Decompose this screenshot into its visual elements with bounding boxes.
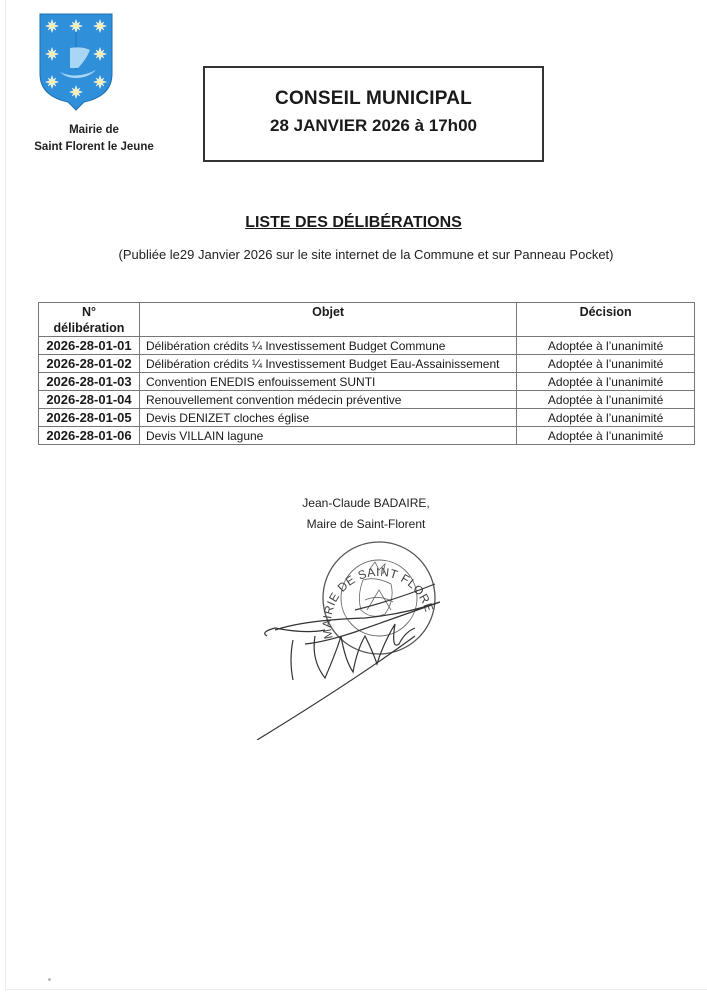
deliberation-subject: Délibération crédits ¼ Investissement Bu… [139,337,516,355]
deliberation-number: 2026-28-01-02 [39,355,140,373]
table-row: 2026-28-01-03 Convention ENEDIS enfouiss… [39,373,695,391]
deliberation-subject: Convention ENEDIS enfouissement SUNTI [139,373,516,391]
organization-line2: Saint Florent le Jeune [24,139,164,156]
deliberation-decision: Adoptée à l’unanimité [517,427,695,445]
stamp-text: MAIRIE DE SAINT FLORENT LE JEUNE [245,540,436,640]
list-title: LISTE DES DÉLIBÉRATIONS [0,214,707,232]
meeting-title: CONSEIL MUNICIPAL [205,88,542,110]
table-header-row: N° délibération Objet Décision [39,303,695,337]
deliberation-decision: Adoptée à l’unanimité [517,373,695,391]
scan-edge-bottom [5,989,707,990]
table-row: 2026-28-01-01 Délibération crédits ¼ Inv… [39,337,695,355]
deliberation-subject: Délibération crédits ¼ Investissement Bu… [139,355,516,373]
deliberation-number: 2026-28-01-06 [39,427,140,445]
header-number-line1: N° [45,304,133,320]
deliberation-number: 2026-28-01-04 [39,391,140,409]
deliberation-number: 2026-28-01-01 [39,337,140,355]
scan-mark [48,978,51,981]
deliberation-decision: Adoptée à l’unanimité [517,409,695,427]
deliberation-decision: Adoptée à l’unanimité [517,337,695,355]
signatory-block: Jean-Claude BADAIRE, Maire de Saint-Flor… [0,493,707,535]
deliberation-subject: Renouvellement convention médecin préven… [139,391,516,409]
meeting-date: 28 JANVIER 2026 à 17h00 [205,116,542,136]
table-row: 2026-28-01-02 Délibération crédits ¼ Inv… [39,355,695,373]
deliberation-number: 2026-28-01-05 [39,409,140,427]
header-decision: Décision [517,303,695,337]
deliberation-subject: Devis VILLAIN lagune [139,427,516,445]
svg-text:MAIRIE DE SAINT FLORENT LE JEU: MAIRIE DE SAINT FLORENT LE JEUNE [245,540,436,640]
deliberation-subject: Devis DENIZET cloches église [139,409,516,427]
deliberations-table: N° délibération Objet Décision 2026-28-0… [38,302,695,445]
table-row: 2026-28-01-06 Devis VILLAIN lagune Adopt… [39,427,695,445]
signatory-role: Maire de Saint-Florent [0,514,707,535]
coat-of-arms-icon [36,12,116,112]
municipality-name: Mairie de Saint Florent le Jeune [24,122,164,156]
header-number: N° délibération [39,303,140,337]
table-row: 2026-28-01-05 Devis DENIZET cloches égli… [39,409,695,427]
table-row: 2026-28-01-04 Renouvellement convention … [39,391,695,409]
header-number-line2: délibération [45,320,133,336]
meeting-title-box: CONSEIL MUNICIPAL 28 JANVIER 2026 à 17h0… [203,66,544,162]
deliberation-decision: Adoptée à l’unanimité [517,355,695,373]
signatory-name: Jean-Claude BADAIRE, [0,493,707,514]
organization-line1: Mairie de [24,122,164,139]
deliberation-number: 2026-28-01-03 [39,373,140,391]
publication-note: (Publiée le29 Janvier 2026 sur le site i… [0,247,707,262]
deliberation-decision: Adoptée à l’unanimité [517,391,695,409]
official-stamp-and-signature-icon: MAIRIE DE SAINT FLORENT LE JEUNE [245,540,465,740]
header-subject: Objet [139,303,516,337]
